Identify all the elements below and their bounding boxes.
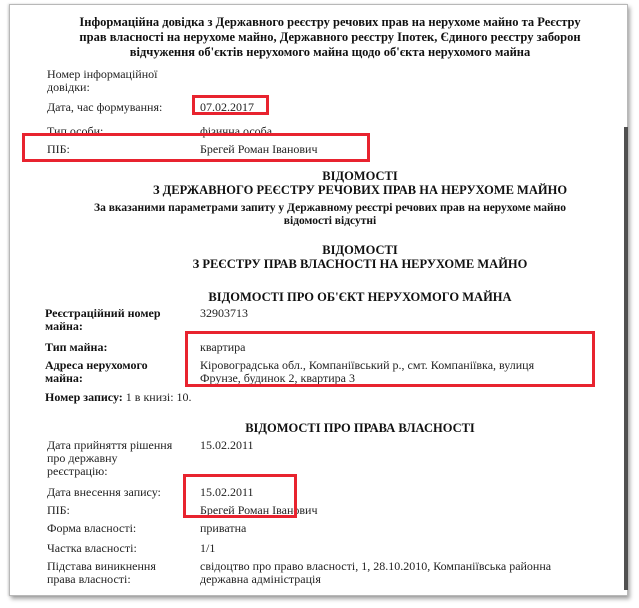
- reg-number-value: 32903713: [200, 307, 248, 320]
- highlight-box-full-name: [22, 133, 370, 162]
- owner-name-label: ПІБ:: [47, 504, 70, 517]
- decision-date-value: 15.02.2011: [200, 439, 254, 452]
- document-title: Інформаційна довідка з Державного реєстр…: [50, 15, 610, 60]
- reg-number-label: Реєстраційний номер майна:: [45, 307, 161, 333]
- ownership-form-label: Форма власності:: [47, 522, 136, 535]
- title-line-2: прав власності на нерухоме майно, Держав…: [50, 30, 610, 45]
- address-label: Адреса нерухомого майна:: [45, 359, 148, 385]
- record-number: Номер запису: 1 в книзі: 10.: [45, 391, 192, 404]
- record-number-label: Номер запису:: [45, 390, 123, 404]
- property-section-heading: ВІДОМОСТІ ПРО ОБ'ЄКТ НЕРУХОМОГО МАЙНА: [100, 290, 620, 304]
- decision-date-label: Дата прийняття рішення про державну реєс…: [47, 439, 172, 478]
- record-number-value: 1 в книзі: 10.: [126, 390, 192, 404]
- vertical-scrollbar[interactable]: [624, 127, 628, 590]
- info-number-label: Номер інформаційної довідки:: [47, 68, 157, 94]
- highlight-box-date: [192, 95, 269, 115]
- property-type-label: Тип майна:: [45, 341, 107, 354]
- rights-section-heading: ВІДОМОСТІ ПРО ПРАВА ВЛАСНОСТІ: [100, 421, 620, 435]
- state-register-note: За вказаними параметрами запиту у Держав…: [50, 202, 610, 228]
- ownership-share-value: 1/1: [200, 542, 215, 555]
- document-page: Інформаційна довідка з Державного реєстр…: [9, 4, 628, 596]
- highlight-box-rights: [183, 474, 297, 518]
- entry-date-label: Дата внесення запису:: [47, 486, 161, 499]
- title-line-1: Інформаційна довідка з Державного реєстр…: [50, 15, 610, 30]
- ownership-register-heading: ВІДОМОСТІ З РЕЄСТРУ ПРАВ ВЛАСНОСТІ НА НЕ…: [100, 243, 620, 271]
- basis-label: Підстава виникнення права власності:: [47, 560, 156, 586]
- state-register-heading: ВІДОМОСТІ З ДЕРЖАВНОГО РЕЄСТРУ РЕЧОВИХ П…: [100, 169, 620, 197]
- highlight-box-property: [185, 331, 595, 387]
- datetime-label: Дата, час формування:: [47, 101, 162, 114]
- title-line-3: відчуження об'єктів нерухомого майна щод…: [50, 45, 610, 60]
- basis-value: свідоцтво про право власності, 1, 28.10.…: [200, 560, 551, 586]
- ownership-form-value: приватна: [200, 522, 246, 535]
- ownership-share-label: Частка власності:: [47, 542, 137, 555]
